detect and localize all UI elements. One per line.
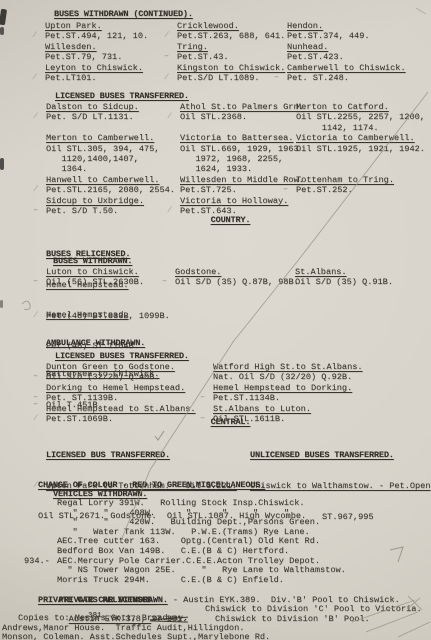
fleet-numbers: Pet.ST.1134B.– [213,393,352,403]
pencil-mark: ∕ [33,310,38,320]
route-label-text: Dorking to Hemel Hempstead. [46,383,185,393]
country-heading-text: COUNTRY. [211,215,251,225]
section-heading-text: AMBULANCE WITHDRAWN. [46,338,145,348]
scan-edge-mark [0,27,4,35]
fleet-numbers-text: Oil (56) STL.2630B. [46,277,144,287]
scan-edge-mark [0,300,3,308]
fleet-numbers-text: Pet.S/D LT.1089. [177,73,260,83]
route-label-text: St.Albans. [295,267,347,277]
fleet-numbers: Pet.STL.2165, 2080, 2554.∕ [46,185,180,195]
fleet-numbers-text: Pet.STL.2165, 2080, 2554. [46,185,175,195]
route-label-text: Cricklewood. [177,21,239,31]
fleet-numbers-text: 1142, 1174. [296,123,379,133]
pencil-mark: ∕ [164,30,169,40]
pencil-mark: – [33,276,38,286]
section-heading-text: LICENSED BUSES TRANSFERRED. [55,91,189,101]
fleet-numbers: Pet.ST.494, 121, 10.∕ [45,31,177,41]
section-heading-licensed-buses-transferred-country: LICENSED BUSES TRANSFERRED. [55,351,189,361]
route-label: Athol St.to Palmers Grn. [180,102,296,112]
pencil-mark: ∕ [167,111,172,121]
vehicle-line-text: AEC.Tree cutter 163. Optg.(Central) Old … [57,536,320,546]
fleet-numbers-text: Oil STL.2368. [180,112,247,122]
fleet-numbers: Oil STL.669, 1929, 1963 [180,144,296,154]
route-entry: Dunton Green to Godstone.Oil S/D (32/20)… [46,362,213,383]
margin-note-text: 934.- [24,556,50,566]
route-entry: Camberwell to Chiswick.Pet. ST.248.– [287,63,406,84]
fleet-numbers-text: Nat. Oil S/D (32/20) Q.92B. [213,372,352,382]
route-entry: Luton to Chiswick.Oil (56) STL.2630B.– [46,267,175,288]
fleet-numbers-text: Pet.ST.494, 121, 10. [45,31,148,41]
fleet-numbers: Pet.S/D LT.1089.∕ [177,73,287,83]
section-heading: AMBULANCE WITHDRAWN. [46,338,159,348]
country-heading: COUNTRY. [0,215,431,225]
route-label-text: Nunhead. [287,42,328,52]
fleet-numbers: Pet.ST.79, 731. [45,52,177,62]
vehicle-line-text: Bedford Box Van 149B. C.E.(B & C) Hertfo… [57,546,289,556]
fleet-numbers-text: Oil S/D (35) Q.87B, 98B. [175,277,299,287]
table-row: Upton Park.Pet.ST.494, 121, 10.∕Cricklew… [45,21,406,42]
fleet-numbers: Oil S/D (35) Q.91B. [295,277,393,287]
fleet-numbers-text: Pet. ST.1139B. [46,393,118,403]
route-entry: Hanwell to Camberwell.Pet.STL.2165, 2080… [46,175,180,196]
section-heading-licensed-buses-transferred: LICENSED BUSES TRANSFERRED. [55,91,189,101]
route-entry: Dalston to Sidcup.Pet. S/D LT.1131.∕ [46,102,180,123]
route-entry: St.Albans.Oil S/D (35) Q.91B. [295,267,393,288]
fleet-numbers: Pet.LT101.∕ [45,73,177,83]
fleet-numbers-text: Pet.ST.43. [177,52,229,62]
route-entry: Victoria to Holloway.Pet.ST.643.∕ [180,196,296,217]
pencil-mark: – [162,276,167,286]
fleet-numbers: Nat. Oil S/D (32/20) Q.92B. [213,372,363,382]
fleet-numbers: Pet.ST.263, 688, 641.∕ [177,31,287,41]
route-label: Nunhead. [287,42,344,52]
buses-withdrawn-table: Luton to Chiswick.Oil (56) STL.2630B.–Go… [46,267,393,288]
route-label: St.Albans. [295,267,393,277]
route-label: Willesden. [45,42,177,52]
pencil-mark: ∕ [167,205,172,215]
fleet-numbers: 1120,1400,1407, [46,154,180,164]
fleet-numbers-text: Oil STL.305, 394, 475, [46,144,159,154]
route-entry: Kingston to Chiswick.Pet.S/D LT.1089.∕ [177,63,287,84]
fleet-numbers: Pet.ST.423. [287,52,344,62]
vehicle-line-text: " " 408W. " " " " [57,508,289,518]
route-label: Kingston to Chiswick. [177,63,287,73]
scanned-document-page: BUSES WITHDRAWN (CONTINUED). Upton Park.… [0,0,431,640]
licensed-buses-transferred-table: Dalston to Sidcup.Pet. S/D LT.1131.∕Atho… [46,102,425,216]
fleet-numbers: Oil S/D (32/20) Q.40B.– [46,372,213,382]
copies-to-line: Monson, Coleman. Asst.Schedules Supt.,Ma… [2,632,270,640]
fleet-numbers: 1142, 1174. [296,123,425,133]
route-label: Hendon. [287,21,370,31]
route-label-text: Victoria to Holloway. [180,196,288,206]
route-label-text: Camberwell to Chiswick. [287,63,406,73]
fleet-numbers-text: Oil S/D (32/20) Q.40B. [46,372,159,382]
central-heading-text: CENTRAL. [211,417,251,427]
route-entry: Nunhead.Pet.ST.423. [287,42,344,63]
route-label: Dalston to Sidcup. [46,102,180,112]
fleet-numbers-text: Pet.ST.1134B. [213,393,280,403]
fleet-numbers-text: 1972, 1968, 2255, [180,154,283,164]
route-label-text: Hemel Hempstead to Dorking. [213,383,352,393]
fleet-numbers: Pet.ST.252.– [296,185,394,195]
fleet-numbers: Pet.ST.725. [180,185,296,195]
pool-destination-line: Chiswick to Division 'C' Pool to Victori… [205,604,422,614]
route-label-text: St.Albans to Luton. [213,404,311,414]
buses-withdrawn-continued-table: Upton Park.Pet.ST.494, 121, 10.∕Cricklew… [45,21,406,83]
route-label: Cricklewood. [177,21,287,31]
fleet-numbers-text: 1120,1400,1407, [46,154,139,164]
fleet-numbers: Oil (56) STL.2630B.– [46,277,175,287]
pencil-squiggle [22,301,30,309]
vehicle-line-text: Morris Truck 294M. C.E.(B & C) Enfield. [57,575,284,585]
route-label-text: Willesden. [45,42,97,52]
pencil-mark: ∕ [32,72,37,82]
fleet-numbers-text: Oil STL.2255, 2257, 1200, [296,112,425,122]
route-entry: Merton to Camberwell.Oil STL.305, 394, 4… [46,133,180,175]
route-label-text: Leyton to Chiswick. [45,63,143,73]
route-entry: Hendon.Pet.ST.374, 449. [287,21,370,42]
central-heading: CENTRAL. [0,417,431,427]
fleet-numbers-text: Oil S/D (35) Q.91B. [295,277,393,287]
route-label: Hemel Hempstead to Dorking. [213,383,352,393]
fleet-numbers: Pet. S/D LT.1131.∕ [46,112,180,122]
route-label-text: Kingston to Chiswick. [177,63,285,73]
route-label: Victoria to Holloway. [180,196,296,206]
route-label: Victoria to Camberwell. [296,133,425,143]
route-label-text: Godstone. [175,267,221,277]
fleet-numbers: 1624, 1933. [180,164,296,174]
route-label: Merton to Catford. [296,102,425,112]
route-entry: Willesden to Middle Row.Pet.ST.725. [180,175,296,196]
route-label: Willesden to Middle Row. [180,175,296,185]
fleet-numbers-text: Pet.ST.252. [296,185,353,195]
fleet-numbers-text: Pet.ST.423. [287,52,344,62]
pencil-scribble [390,547,403,562]
route-entry: Cricklewood.Pet.ST.263, 688, 641.∕ [177,21,287,42]
fleet-numbers-text: 1364. [46,164,87,174]
route-label: Camberwell to Chiswick. [287,63,406,73]
fleet-numbers: Pet. ST.248.– [287,73,406,83]
fleet-numbers: Pet. ST.1139B.– [46,393,213,403]
miscellaneous-heading-text: MISCELLANEOUS. [196,480,265,490]
pencil-mark: ∕ [32,30,37,40]
route-label: Tottenham to Tring. [296,175,394,185]
route-label: Godstone. [175,267,295,277]
table-row: Leyton to Chiswick.Pet.LT101.∕Kingston t… [45,63,406,84]
pencil-mark: – [33,205,38,215]
route-entry: Merton to Catford.Oil STL.2255, 2257, 12… [296,102,425,133]
fleet-numbers: 1972, 1968, 2255, [180,154,296,164]
section-heading-text: BUSES WITHDRAWN. [53,256,132,266]
pencil-mark: ∕ [164,72,169,82]
pencil-scribble [416,8,426,14]
fleet-numbers-text: Pet.ST.725. [180,185,237,195]
fleet-numbers: Oil STL.305, 394, 475, [46,144,180,154]
copies-to-line: Copies to: Messrs.Gott, Broadway. [18,613,188,623]
route-label-text: Luton to Chiswick. [46,267,139,277]
pencil-mark: – [200,392,205,402]
fleet-numbers: Oil STL.1925, 1921, 1942. [296,144,425,154]
fleet-numbers: Pet.ST.374, 449. [287,31,370,41]
route-label-text: Dalston to Sidcup. [46,102,139,112]
route-label: Dorking to Hemel Hempstead. [46,383,213,393]
copies-to-text: Copies to: Messrs.Gott, Broadway. [18,613,188,623]
route-label-text: Hemel Hempstead to St.Albans. [46,404,196,414]
route-label: Hanwell to Camberwell. [46,175,180,185]
licensed-buses-transferred-country-table: Dunton Green to Godstone.Oil S/D (32/20)… [46,362,363,424]
route-label-text: Tring. [177,42,208,52]
route-entry: Watford High St.to St.Albans.Nat. Oil S/… [213,362,363,383]
route-label-text: Victoria to Battersea. [180,133,293,143]
table-row: Dunton Green to Godstone.Oil S/D (32/20)… [46,362,363,383]
route-entry: Dorking to Hemel Hempstead.Pet. ST.1139B… [46,383,213,404]
route-label: Tring. [177,42,287,52]
route-label: Hemel Hempstead to St.Albans. [46,404,213,414]
route-label-text: Merton to Camberwell. [46,133,154,143]
fleet-numbers: Oil STL.2368.∕ [180,112,296,122]
scan-edge-mark [0,158,4,170]
route-label-text: Upton Park. [45,21,102,31]
pencil-mark: – [33,392,38,402]
route-label: Victoria to Battersea. [180,133,296,143]
section-heading-text: LICENSED BUSES TRANSFERRED. [55,351,189,361]
pencil-mark: – [33,371,38,381]
route-label: Merton to Camberwell. [46,133,180,143]
section-heading-buses-withdrawn-continued: BUSES WITHDRAWN (CONTINUED). [54,9,193,19]
pencil-mark: – [283,184,288,194]
margin-note: 934.- [24,556,50,566]
route-entry: Victoria to Camberwell.Oil STL.1925, 192… [296,133,425,154]
route-entry: Tottenham to Tring.Pet.ST.252.– [296,175,394,196]
route-label: Dunton Green to Godstone. [46,362,213,372]
route-label-text: Sidcup to Uxbridge. [46,196,144,206]
route-entry: Willesden.Pet.ST.79, 731. [45,42,177,63]
table-row: Merton to Camberwell.Oil STL.305, 394, 4… [46,133,425,175]
fleet-numbers-text: Pet.ST.263, 688, 641. [177,31,285,41]
table-row: Hanwell to Camberwell.Pet.STL.2165, 2080… [46,175,425,196]
section-heading-text: BUSES WITHDRAWN (CONTINUED). [54,9,193,19]
pencil-mark: – [274,72,279,82]
pool-destination-text: Chiswick to Division 'C' Pool to Victori… [205,604,422,614]
route-entry: Athol St.to Palmers Grn.Oil STL.2368.∕ [180,102,296,123]
route-entry: Leyton to Chiswick.Pet.LT101.∕ [45,63,177,84]
route-label: Leyton to Chiswick. [45,63,177,73]
route-label-text: Victoria to Camberwell. [296,133,415,143]
copies-to-text: Monson, Coleman. Asst.Schedules Supt.,Ma… [2,632,270,640]
route-label: Watford High St.to St.Albans. [213,362,363,372]
route-entry: Sidcup to Uxbridge.Pet. S/D T.50.– [46,196,180,217]
route-label-text: Dunton Green to Godstone. [46,362,175,372]
route-entry: Godstone.Oil S/D (35) Q.87B, 98B.– [175,267,295,288]
table-row: Luton to Chiswick.Oil (56) STL.2630B.–Go… [46,267,393,288]
fleet-numbers: 1364. [46,164,180,174]
pencil-mark: ∕ [33,111,38,121]
route-label: Upton Park. [45,21,177,31]
vehicle-line-text: AEC.Mercury Pole Carrier.C.E.E.Acton Tro… [57,556,320,566]
vehicle-line-text: " Water Tank 113W. P.W.E.(Trams) Rye Lan… [57,527,310,537]
fleet-numbers-text: Oil STL.1925, 1921, 1942. [296,144,425,154]
table-row: Dalston to Sidcup.Pet. S/D LT.1131.∕Atho… [46,102,425,133]
table-row: Dorking to Hemel Hempstead.Pet. ST.1139B… [46,383,363,404]
pencil-mark: – [164,51,169,61]
route-label-text: Watford High St.to St.Albans. [213,362,363,372]
route-label-text: Athol St.to Palmers Grn. [180,102,304,112]
route-entry: Victoria to Battersea.Oil STL.669, 1929,… [180,133,296,175]
route-label-text: Merton to Catford. [296,102,389,112]
fleet-numbers-text: Oil STL.669, 1929, 1963 [180,144,299,154]
vehicle-line-text: Regal Lorry 391W. Rolling Stock Insp.Chi… [57,498,305,508]
fleet-numbers-text: Pet.ST.374, 449. [287,31,370,41]
route-label: Sidcup to Uxbridge. [46,196,180,206]
vehicle-line: Morris Truck 294M. C.E.(B & C) Enfield. [57,576,346,586]
table-row: Sidcup to Uxbridge.Pet. S/D T.50.–Victor… [46,196,425,217]
fleet-numbers-text: Pet.ST.79, 731. [45,52,122,62]
fleet-numbers-text: 1624, 1933. [180,164,252,174]
section-heading-buses-withdrawn: BUSES WITHDRAWN. [53,256,132,266]
pencil-mark: ∕ [33,184,38,194]
route-label-text: Hendon. [287,21,323,31]
fleet-numbers-text: Pet.LT101. [45,73,97,83]
fleet-numbers: Oil S/D (35) Q.87B, 98B.– [175,277,295,287]
route-label-text: Hanwell to Camberwell. [46,175,159,185]
table-row: Willesden.Pet.ST.79, 731.Tring.Pet.ST.43… [45,42,406,63]
vehicle-line-text: " NS Tower Wagon 25E. " Rye Lane to Walt… [57,565,346,575]
fleet-numbers: Oil STL.2255, 2257, 1200, [296,112,425,122]
fleet-numbers-text: Pet. ST.248. [287,73,349,83]
route-label-text: Tottenham to Tring. [296,175,394,185]
vehicle-line-text: " " 420W. Building Dept.,Parsons Green. [57,517,320,527]
route-entry: Upton Park.Pet.ST.494, 121, 10.∕ [45,21,177,42]
fleet-numbers: Pet.ST.43.– [177,52,287,62]
route-label: Luton to Chiswick. [46,267,175,277]
route-label: St.Albans to Luton. [213,404,311,414]
scan-edge-mark [0,9,7,26]
route-entry: Tring.Pet.ST.43.– [177,42,287,63]
vehicles-withdrawn-list: Regal Lorry 391W. Rolling Stock Insp.Chi… [57,499,346,585]
fleet-numbers-text: Pet. S/D LT.1131. [46,112,134,122]
route-entry: Hemel Hempstead to Dorking.Pet.ST.1134B.… [213,383,352,404]
